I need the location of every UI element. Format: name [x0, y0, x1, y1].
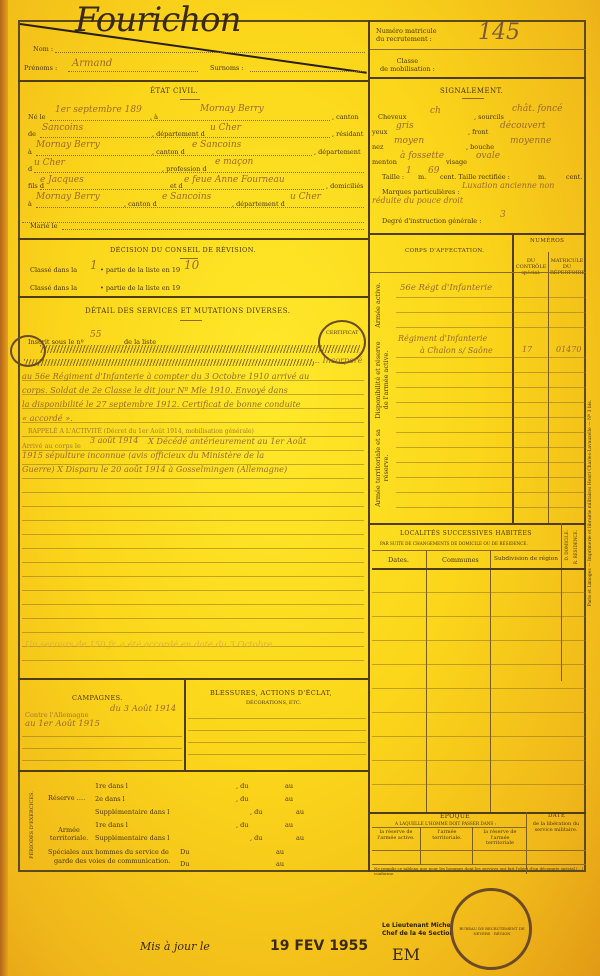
campagnes-title: CAMPAGNES.	[72, 694, 123, 702]
group-disponibilite: Disponibilité et réserve de l'armée acti…	[374, 340, 390, 420]
residence-canton: e Sancoins	[192, 140, 241, 150]
profession-value: e maçon	[215, 157, 253, 167]
epoque-note: Ne remplir ce tableau que pour les homme…	[374, 866, 584, 876]
inscrit-number: 55	[90, 330, 101, 340]
printer-imprint: Paris et Limoges — Imprimerie et librair…	[588, 400, 593, 606]
affectation-reserve: Régiment d'Infanterie	[398, 334, 487, 343]
officer-initials: EM	[392, 945, 420, 964]
etat-civil-title: ÉTAT CIVIL.	[150, 87, 198, 95]
struck-entry	[24, 359, 314, 366]
parents-departement: u Cher	[290, 192, 321, 202]
parents-domicile: Mornay Berry	[36, 192, 100, 202]
prenoms-label: Prénoms :	[24, 64, 57, 72]
surnoms-label: Surnoms :	[210, 64, 244, 72]
prenoms-value: Armand	[72, 58, 112, 69]
services-title: DÉTAIL DES SERVICES ET MUTATIONS DIVERSE…	[85, 307, 290, 315]
mis-a-jour-date: 19 FEV 1955	[270, 938, 368, 954]
signalement-title: SIGNALEMENT.	[440, 87, 503, 95]
mother-name: e feue Anne Fourneau	[184, 175, 285, 185]
matricule-label: Numéro matricule du recrutement :	[376, 27, 437, 43]
decision-title: DÉCISION DU CONSEIL DE RÉVISION.	[110, 246, 256, 254]
blessures-title: BLESSURES, ACTIONS D'ÉCLAT,	[210, 689, 332, 697]
rappel-label: RAPPELÉ A L'ACTIVITÉ (Décret du 1er Août…	[28, 428, 254, 435]
mis-a-jour-label: Mis à jour le	[140, 940, 210, 953]
form-frame	[18, 20, 586, 872]
numeros-title: NUMÉROS	[530, 238, 564, 244]
document-page: Fourichon Nom : Prénoms : Armand Surnoms…	[0, 0, 600, 976]
nom-label: Nom :	[33, 45, 53, 53]
periodes-label: PÉRIODES D'EXERCICES.	[28, 790, 36, 860]
page-edge	[0, 0, 8, 976]
group-territoriale: Armée territoriale et sa réserve.	[374, 428, 390, 508]
officer-name: Le Lieutenant Michel	[382, 922, 453, 929]
decision-partie: 1	[90, 258, 98, 272]
group-active: Armée active.	[374, 280, 382, 330]
birth-date: 1er septembre 189	[55, 105, 142, 115]
affectation-title: CORPS D'AFFECTATION.	[405, 248, 484, 254]
classe-label: Classe de mobilisation :	[380, 57, 435, 73]
parents-canton: e Sancoins	[162, 192, 211, 202]
birth-departement: u Cher	[210, 123, 241, 133]
localites-title: LOCALITÉS SUCCESSIVES HABITÉES	[400, 530, 532, 537]
birth-place: Mornay Berry	[200, 104, 264, 114]
officer-title: Chef de la 4e Section	[382, 930, 454, 937]
arrive-date: 3 août 1914	[90, 436, 139, 445]
matricule-value: 145	[478, 20, 520, 45]
residence-place: Mornay Berry	[36, 140, 100, 150]
father-name: e Jacques	[40, 175, 84, 185]
affectation-active: 56e Régt d'Infanterie	[400, 283, 492, 293]
residence-departement: u Cher	[34, 158, 65, 168]
struck-entry	[40, 345, 360, 353]
decision-year: 10	[184, 258, 199, 272]
secours-line: Un secours de 150 fr. a été accordé en d…	[25, 640, 272, 650]
marie-label: Marié le	[30, 222, 58, 230]
birth-canton: Sancoins	[42, 123, 83, 133]
